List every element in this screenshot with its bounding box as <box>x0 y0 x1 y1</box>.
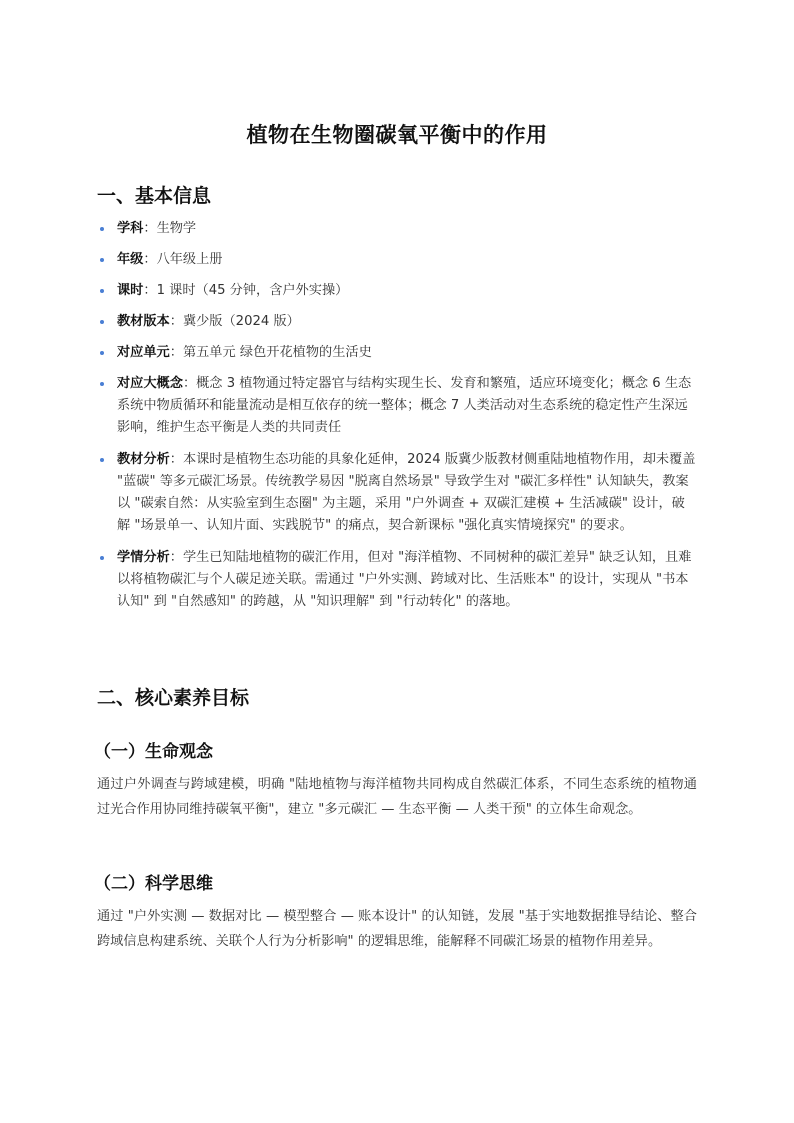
list-item-subject: 学科：生物学 <box>97 218 697 240</box>
bullet-icon <box>100 258 104 262</box>
document-title: 植物在生物圈碳氧平衡中的作用 <box>97 119 697 149</box>
item-value: 学生已知陆地植物的碳汇作用，但对 "海洋植物、不同树种的碳汇差异" 缺乏认知，且… <box>117 550 691 609</box>
subsection-heading-scientific-thinking: （二）科学思维 <box>94 869 213 894</box>
item-value: 第五单元 绿色开花植物的生活史 <box>183 345 372 360</box>
list-item-grade: 年级：八年级上册 <box>97 249 697 271</box>
bullet-icon <box>100 382 104 386</box>
list-item-textbook-analysis: 教材分析：本课时是植物生态功能的具象化延伸，2024 版冀少版教材侧重陆地植物作… <box>97 449 697 537</box>
item-value: 本课时是植物生态功能的具象化延伸，2024 版冀少版教材侧重陆地植物作用，却未覆… <box>117 452 695 533</box>
item-key: 年级 <box>117 252 143 267</box>
item-value: 八年级上册 <box>157 252 223 267</box>
bullet-icon <box>100 320 104 324</box>
item-key: 学科 <box>117 221 143 236</box>
item-value: 概念 3 植物通过特定器官与结构实现生长、发育和繁殖，适应环境变化；概念 6 生… <box>117 376 691 435</box>
bullet-icon <box>100 458 104 462</box>
item-value: 1 课时（45 分钟，含户外实操） <box>157 283 349 298</box>
section-heading-basic-info: 一、基本信息 <box>97 181 211 208</box>
item-key: 对应大概念 <box>117 376 183 391</box>
item-key: 对应单元 <box>117 345 170 360</box>
list-item-big-concepts: 对应大概念：概念 3 植物通过特定器官与结构实现生长、发育和繁殖，适应环境变化；… <box>97 373 697 439</box>
list-item-edition: 教材版本：冀少版（2024 版） <box>97 311 697 333</box>
item-key: 教材版本 <box>117 314 170 329</box>
item-value: 生物学 <box>157 221 197 236</box>
list-item-period: 课时：1 课时（45 分钟，含户外实操） <box>97 280 697 302</box>
bullet-icon <box>100 556 104 560</box>
basic-info-list: 学科：生物学 年级：八年级上册 课时：1 课时（45 分钟，含户外实操） 教材版… <box>97 218 697 623</box>
subsection-heading-life-concept: （一）生命观念 <box>94 737 213 762</box>
bullet-icon <box>100 227 104 231</box>
bullet-icon <box>100 289 104 293</box>
list-item-student-analysis: 学情分析：学生已知陆地植物的碳汇作用，但对 "海洋植物、不同树种的碳汇差异" 缺… <box>97 547 697 613</box>
item-value: 冀少版（2024 版） <box>183 314 300 329</box>
paragraph-scientific-thinking: 通过 "户外实测 — 数据对比 — 模型整合 — 账本设计" 的认知链，发展 "… <box>97 905 697 954</box>
bullet-icon <box>100 351 104 355</box>
paragraph-life-concept: 通过户外调查与跨域建模，明确 "陆地植物与海洋植物共同构成自然碳汇体系，不同生态… <box>97 773 697 822</box>
section-heading-core-goals: 二、核心素养目标 <box>97 683 249 710</box>
item-key: 教材分析 <box>117 452 170 467</box>
item-key: 课时 <box>117 283 143 298</box>
item-key: 学情分析 <box>117 550 170 565</box>
list-item-unit: 对应单元：第五单元 绿色开花植物的生活史 <box>97 342 697 364</box>
